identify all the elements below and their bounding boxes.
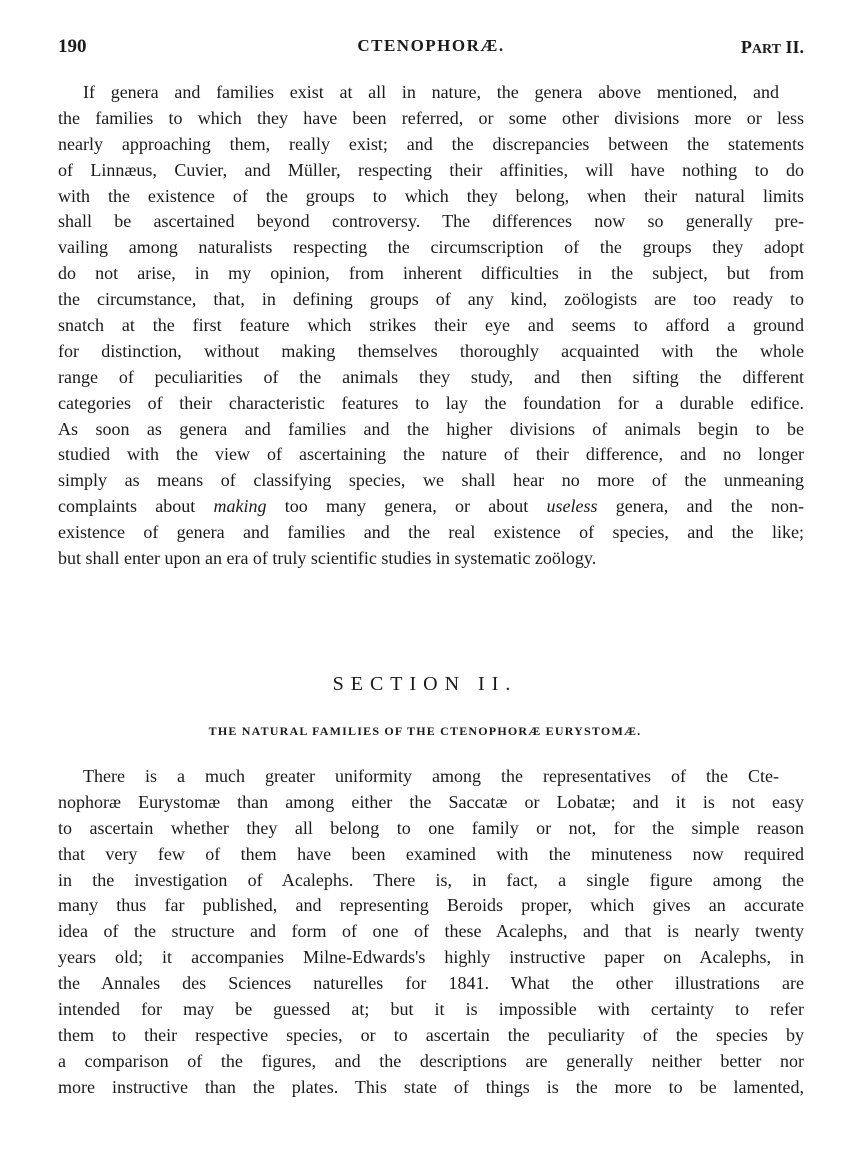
- paragraph-eurystomae: There is a much greater uniformity among…: [58, 764, 804, 1101]
- text-line: of Linnæus, Cuvier, and Müller, respecti…: [58, 158, 804, 184]
- text-line: with the existence of the groups to whic…: [58, 184, 804, 210]
- text-line: snatch at the first feature which strike…: [58, 313, 804, 339]
- part-label-smallcaps: ART: [752, 42, 781, 57]
- text-line: but shall enter upon an era of truly sci…: [58, 546, 804, 572]
- text-line: them to their respective species, or to …: [58, 1023, 804, 1049]
- text-line: studied with the view of ascertaining th…: [58, 442, 804, 468]
- text-line: in the investigation of Acalephs. There …: [58, 868, 804, 894]
- text-line: to ascertain whether they all belong to …: [58, 816, 804, 842]
- text-line: categories of their characteristic featu…: [58, 391, 804, 417]
- paragraph-classification: If genera and families exist at all in n…: [58, 80, 804, 572]
- text-line: complaints about making too many genera,…: [58, 494, 804, 520]
- text-line: shall be ascertained beyond controversy.…: [58, 209, 804, 235]
- text-line: As soon as genera and families and the h…: [58, 417, 804, 443]
- text-line: the families to which they have been ref…: [58, 106, 804, 132]
- text-line: that very few of them have been examined…: [58, 842, 804, 868]
- text-line: the circumstance, that, in defining grou…: [58, 287, 804, 313]
- section-subheading: THE NATURAL FAMILIES OF THE CTENOPHORÆ E…: [0, 724, 850, 739]
- italic-making: making: [214, 496, 267, 516]
- text-line: the Annales des Sciences naturelles for …: [58, 971, 804, 997]
- text-line: nophoræ Eurystomæ than among either the …: [58, 790, 804, 816]
- running-title: CTENOPHORÆ.: [58, 36, 804, 56]
- book-page: 190 CTENOPHORÆ. PART II. If genera and f…: [0, 0, 850, 1150]
- text-line: a comparison of the figures, and the des…: [58, 1049, 804, 1075]
- text-line: do not arise, in my opinion, from inhere…: [58, 261, 804, 287]
- page-header: 190 CTENOPHORÆ. PART II.: [58, 30, 804, 60]
- text-line: intended for may be guessed at; but it i…: [58, 997, 804, 1023]
- section-heading: SECTION II.: [0, 673, 850, 696]
- text-line: There is a much greater uniformity among…: [58, 764, 804, 790]
- text-line: vailing among naturalists respecting the…: [58, 235, 804, 261]
- text-line: many thus far published, and representin…: [58, 893, 804, 919]
- part-label-numeral: II.: [785, 37, 804, 57]
- text-line: If genera and families exist at all in n…: [58, 80, 804, 106]
- text-line: simply as means of classifying species, …: [58, 468, 804, 494]
- text-line: for distinction, without making themselv…: [58, 339, 804, 365]
- text-line: more instructive than the plates. This s…: [58, 1075, 804, 1101]
- text-line: nearly approaching them, really exist; a…: [58, 132, 804, 158]
- part-label: PART II.: [741, 37, 804, 58]
- italic-useless: useless: [547, 496, 598, 516]
- text-line: years old; it accompanies Milne-Edwards'…: [58, 945, 804, 971]
- part-label-initial: P: [741, 37, 752, 57]
- text-line: existence of genera and families and the…: [58, 520, 804, 546]
- text-line: idea of the structure and form of one of…: [58, 919, 804, 945]
- text-line: range of peculiarities of the animals th…: [58, 365, 804, 391]
